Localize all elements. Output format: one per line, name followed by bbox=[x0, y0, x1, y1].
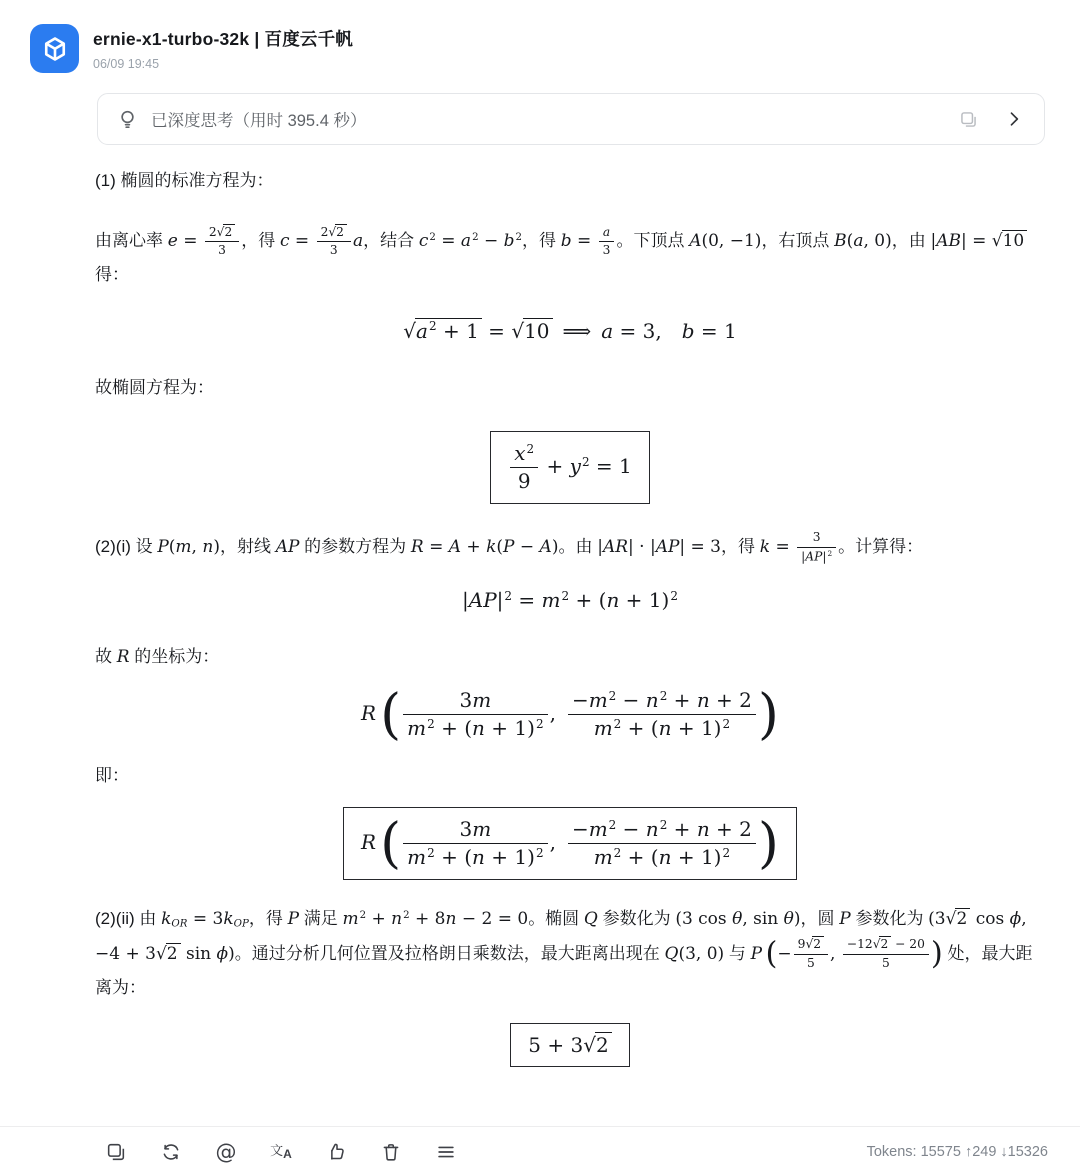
paragraph-1-derivation: 由离心率 e = 2√23，得 c = 2√23a，结合 c2 = a2 − b… bbox=[95, 224, 1045, 292]
paragraph-2i: (2)(i) 设 P(m, n)，射线 AP 的参数方程为 R = A + k(… bbox=[95, 530, 1045, 564]
equation-box: 5 + 3√2 bbox=[510, 1023, 629, 1067]
equation-ab: √a2 + 1 = √10 ⟹ a = 3, b = 1 bbox=[95, 319, 1045, 343]
message-content: (1) 椭圆的标准方程为： 由离心率 e = 2√23，得 c = 2√23a，… bbox=[95, 164, 1045, 1067]
equation-max-boxed: 5 + 3√2 bbox=[95, 1023, 1045, 1067]
mention-icon[interactable]: @ bbox=[214, 1140, 238, 1164]
thinking-label: 已深度思考（用时 395.4 秒） bbox=[151, 107, 366, 131]
qianfan-cube-icon bbox=[40, 34, 70, 64]
paragraph-r-coords: 故 R 的坐标为： bbox=[95, 640, 1045, 674]
paragraph-1-conclusion: 故椭圆方程为： bbox=[95, 371, 1045, 405]
menu-icon[interactable] bbox=[434, 1140, 458, 1164]
deep-thinking-bar[interactable]: 已深度思考（用时 395.4 秒） bbox=[97, 93, 1045, 145]
lightbulb-icon bbox=[116, 108, 139, 131]
equation-r-boxed: R (3mm2 + (n + 1)2, −m2 − n2 + n + 2m2 +… bbox=[95, 807, 1045, 880]
message-header: ernie-x1-turbo-32k | 百度云千帆 06/09 19:45 bbox=[30, 24, 353, 73]
equation-r: R (3mm2 + (n + 1)2, −m2 − n2 + n + 2m2 +… bbox=[95, 688, 1045, 741]
copy-icon[interactable] bbox=[104, 1140, 128, 1164]
model-avatar bbox=[30, 24, 79, 73]
paragraph-ji: 即： bbox=[95, 759, 1045, 793]
message-timestamp: 06/09 19:45 bbox=[93, 57, 353, 71]
regenerate-icon[interactable] bbox=[159, 1140, 183, 1164]
equation-ellipse-boxed: x29 + y2 = 1 bbox=[95, 431, 1045, 504]
equation-box: x29 + y2 = 1 bbox=[490, 431, 650, 504]
delete-icon[interactable] bbox=[379, 1140, 403, 1164]
token-usage: Tokens: 15575 ↑249 ↓15326 bbox=[867, 1144, 1048, 1160]
model-title: ernie-x1-turbo-32k | 百度云千帆 bbox=[93, 26, 353, 51]
copy-thinking-icon[interactable] bbox=[956, 107, 980, 131]
equation-box: R (3mm2 + (n + 1)2, −m2 − n2 + n + 2m2 +… bbox=[343, 807, 797, 880]
paragraph-1-heading: (1) 椭圆的标准方程为： bbox=[95, 164, 1045, 198]
message-toolbar: @ 文A Tokens: 15575 ↑249 ↓15326 bbox=[0, 1126, 1080, 1176]
equation-ap-squared: |AP|2 = m2 + (n + 1)2 bbox=[95, 588, 1045, 612]
thumbs-up-icon[interactable] bbox=[324, 1140, 348, 1164]
translate-icon[interactable]: 文A bbox=[269, 1140, 293, 1164]
chevron-right-icon[interactable] bbox=[1002, 107, 1026, 131]
paragraph-2ii: (2)(ii) 由 kOR = 3kOP，得 P 满足 m2 + n2 + 8n… bbox=[95, 902, 1045, 1005]
